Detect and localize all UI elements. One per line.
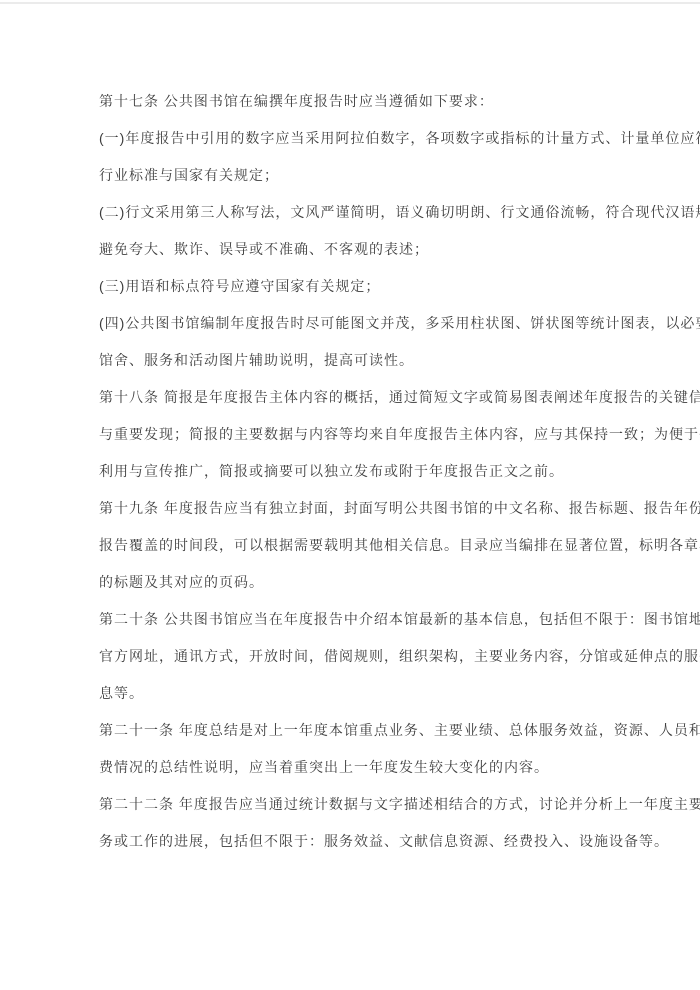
document-line: 避免夸大、欺诈、误导或不准确、不客观的表述； [99, 231, 606, 268]
document-line: 行业标准与国家有关规定； [99, 157, 606, 194]
document-line: (四)公共图书馆编制年度报告时尽可能图文并茂，多采用柱状图、饼状图等统计图表，以… [99, 305, 606, 342]
document-line: (二)行文采用第三人称写法，文风严谨简明，语义确切明朗、行文通俗流畅，符合现代汉… [99, 194, 606, 231]
document-line: 第二十条 公共图书馆应当在年度报告中介绍本馆最新的基本信息，包括但不限于：图书馆… [99, 601, 606, 638]
document-page: 第十七条 公共图书馆在编撰年度报告时应当遵循如下要求： (一)年度报告中引用的数… [0, 0, 700, 990]
document-line: 与重要发现；简报的主要数据与内容等均来自年度报告主体内容，应与其保持一致；为便于… [99, 416, 606, 453]
paragraph-article-17-item-2: (二)行文采用第三人称写法，文风严谨简明，语义确切明朗、行文通俗流畅，符合现代汉… [99, 194, 606, 268]
paragraph-article-17-item-4: (四)公共图书馆编制年度报告时尽可能图文并茂，多采用柱状图、饼状图等统计图表，以… [99, 305, 606, 379]
document-line: 费情况的总结性说明，应当着重突出上一年度发生较大变化的内容。 [99, 749, 606, 786]
document-line: 务或工作的进展，包括但不限于：服务效益、文献信息资源、经费投入、设施设备等。 [99, 823, 606, 860]
paragraph-article-20: 第二十条 公共图书馆应当在年度报告中介绍本馆最新的基本信息，包括但不限于：图书馆… [99, 601, 606, 712]
document-line: (三)用语和标点符号应遵守国家有关规定； [99, 268, 606, 305]
document-body: 第十七条 公共图书馆在编撰年度报告时应当遵循如下要求： (一)年度报告中引用的数… [99, 83, 606, 860]
paragraph-article-22: 第二十二条 年度报告应当通过统计数据与文字描述相结合的方式，讨论并分析上一年度主… [99, 786, 606, 860]
document-line: 官方网址，通讯方式，开放时间，借阅规则，组织架构，主要业务内容，分馆或延伸点的服… [99, 638, 606, 675]
paragraph-article-17: 第十七条 公共图书馆在编撰年度报告时应当遵循如下要求： [99, 83, 606, 120]
document-line: 息等。 [99, 675, 606, 712]
document-line: 第十九条 年度报告应当有独立封面，封面写明公共图书馆的中文名称、报告标题、报告年… [99, 490, 606, 527]
document-line: (一)年度报告中引用的数字应当采用阿拉伯数字，各项数字或指标的计量方式、计量单位… [99, 120, 606, 157]
document-line: 馆舍、服务和活动图片辅助说明，提高可读性。 [99, 342, 606, 379]
document-line: 利用与宣传推广，简报或摘要可以独立发布或附于年度报告正文之前。 [99, 453, 606, 490]
document-line: 的标题及其对应的页码。 [99, 564, 606, 601]
document-line: 第二十一条 年度总结是对上一年度本馆重点业务、主要业绩、总体服务效益，资源、人员… [99, 712, 606, 749]
document-line: 报告覆盖的时间段，可以根据需要载明其他相关信息。目录应当编排在显著位置，标明各章… [99, 527, 606, 564]
paragraph-article-18: 第十八条 简报是年度报告主体内容的概括，通过简短文字或简易图表阐述年度报告的关键… [99, 379, 606, 490]
document-line: 第十七条 公共图书馆在编撰年度报告时应当遵循如下要求： [99, 83, 606, 120]
paragraph-article-19: 第十九条 年度报告应当有独立封面，封面写明公共图书馆的中文名称、报告标题、报告年… [99, 490, 606, 601]
paragraph-article-17-item-1: (一)年度报告中引用的数字应当采用阿拉伯数字，各项数字或指标的计量方式、计量单位… [99, 120, 606, 194]
document-line: 第十八条 简报是年度报告主体内容的概括，通过简短文字或简易图表阐述年度报告的关键… [99, 379, 606, 416]
paragraph-article-21: 第二十一条 年度总结是对上一年度本馆重点业务、主要业绩、总体服务效益，资源、人员… [99, 712, 606, 786]
page-top-border [0, 2, 700, 4]
document-line: 第二十二条 年度报告应当通过统计数据与文字描述相结合的方式，讨论并分析上一年度主… [99, 786, 606, 823]
paragraph-article-17-item-3: (三)用语和标点符号应遵守国家有关规定； [99, 268, 606, 305]
